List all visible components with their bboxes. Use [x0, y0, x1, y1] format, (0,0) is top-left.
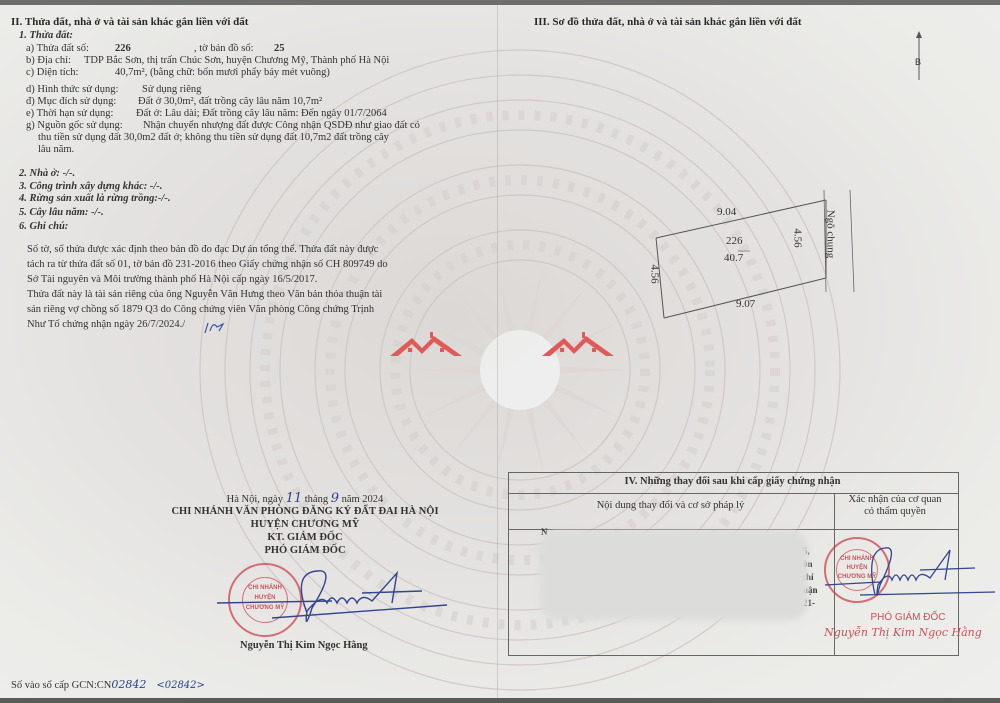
registry-handwritten-extra: <02842> [156, 680, 205, 691]
section-iii-title: III. Sơ đồ thửa đất, nhà ở và tài sản kh… [534, 16, 802, 28]
notes-heading: 6. Ghi chú: [19, 221, 68, 233]
authority-header-line-2: có thẩm quyền [833, 506, 957, 518]
left-edge-length: 4.56 [649, 264, 661, 283]
origin-value-line-3: lâu năm. [38, 144, 74, 156]
signer-title-line-2: PHÓ GIÁM ĐỐC [130, 545, 480, 557]
issuing-office-line-2: HUYỆN CHƯƠNG MỸ [130, 519, 480, 531]
signer-title-line-1: KT. GIÁM ĐỐC [130, 532, 480, 544]
map-sheet-value: 25 [274, 43, 285, 55]
top-edge-length: 9.04 [717, 206, 736, 218]
usage-purpose-label: đ) Mục đích sử dụng: [26, 96, 116, 108]
address-label: b) Địa chỉ: [26, 55, 71, 67]
signer-name: Nguyễn Thị Kim Ngọc Hằng [240, 640, 368, 652]
note-line-3: Sở Tài nguyên và Môi trường thành phố Hà… [27, 274, 317, 286]
parcel-number-value: 226 [115, 43, 131, 55]
usage-form-value: Sử dụng riêng [142, 84, 201, 96]
origin-label: g) Nguồn gốc sử dụng: [26, 120, 123, 132]
parcel-number-label: a) Thửa đất số: [26, 43, 89, 55]
house-item: 2. Nhà ở: -/-. [19, 168, 75, 180]
usage-purpose-value: Đất ở 30,0m², đất trồng cây lâu năm 10,7… [138, 96, 322, 108]
usage-form-label: d) Hình thức sử dụng: [26, 84, 118, 96]
north-label: B [915, 56, 921, 68]
confirm-signer-name: Nguyễn Thị Kim Ngọc Hằng [818, 627, 988, 639]
usage-term-value: Đất ở: Lâu dài; Đất trồng cây lâu năm: Đ… [136, 108, 387, 120]
other-construction-item: 3. Công trình xây dựng khác: -/-. [19, 181, 162, 193]
note-line-6: Như Tố chứng nhận ngày 26/7/2024./ [27, 319, 185, 331]
origin-value-line-2: thu tiền sử dụng đất 30,0m2 đất ở; không… [38, 132, 389, 144]
area-value: 40,7m², (bằng chữ: bốn mươi phẩy bảy mét… [115, 67, 330, 79]
signature-right [820, 540, 1000, 610]
changes-content-header: Nội dung thay đổi và cơ sở pháp lý [508, 500, 833, 512]
bottom-edge-length: 9.07 [736, 298, 755, 310]
production-forest-item: 4. Rừng sản xuất là rừng trồng:-/-. [19, 193, 170, 205]
redacted-area [540, 530, 808, 620]
shared-alley-label: Ngõ chung [824, 210, 836, 259]
note-line-5: sản riêng vợ chồng số 1879 Q3 do Công ch… [27, 304, 374, 316]
authority-header-line-1: Xác nhận của cơ quan [833, 494, 957, 506]
land-parcel-heading: 1. Thửa đất: [19, 30, 73, 42]
origin-value-line-1: Nhận chuyển nhượng đất được Công nhận QS… [143, 120, 420, 132]
right-edge-length: 4.56 [792, 228, 804, 247]
note-line-1: Số tờ, số thửa được xác định theo bản đồ… [27, 244, 378, 256]
parcel-area: 40.7 [724, 252, 743, 264]
area-label: c) Diện tích: [26, 67, 78, 79]
note-line-4: Thửa đất này là tài sản riêng của ông Ng… [27, 289, 382, 301]
handwritten-day: 11 [286, 491, 303, 506]
signature [212, 563, 452, 638]
changes-table-title: IV. Những thay đổi sau khi cấp giấy chứn… [508, 476, 957, 488]
address-value: TDP Bắc Sơn, thị trấn Chúc Sơn, huyện Ch… [84, 55, 389, 67]
perennial-trees-item: 5. Cây lâu năm: -/-. [19, 207, 104, 219]
photo-bottom-edge [0, 698, 1000, 703]
parcel-number: 226 [726, 235, 743, 247]
house-roof-icon [388, 330, 464, 360]
registry-label: Số vào sổ cấp GCN:CN02842<02842> [11, 679, 205, 692]
house-roof-icon [540, 330, 616, 360]
usage-term-label: e) Thời hạn sử dụng: [26, 108, 113, 120]
note-line-2: tách ra từ thửa đất số 01, tờ bản đồ 231… [27, 259, 388, 271]
confirm-title: PHÓ GIÁM ĐỐC [833, 612, 983, 624]
issuing-office-line-1: CHI NHÁNH VĂN PHÒNG ĐĂNG KÝ ĐẤT ĐAI HÀ N… [130, 506, 480, 518]
registry-handwritten-number: 02842 [111, 678, 146, 691]
map-sheet-label: , tờ bản đồ số: [194, 43, 254, 55]
fold-crease [497, 5, 498, 698]
handwritten-month: 9 [331, 491, 339, 506]
handwritten-initial-mark [203, 319, 229, 335]
place-date-line: Hà Nội, ngày 11 tháng 9 năm 2024 [130, 493, 480, 506]
section-ii-title: II. Thửa đất, nhà ở và tài sản khác gắn … [11, 16, 248, 28]
